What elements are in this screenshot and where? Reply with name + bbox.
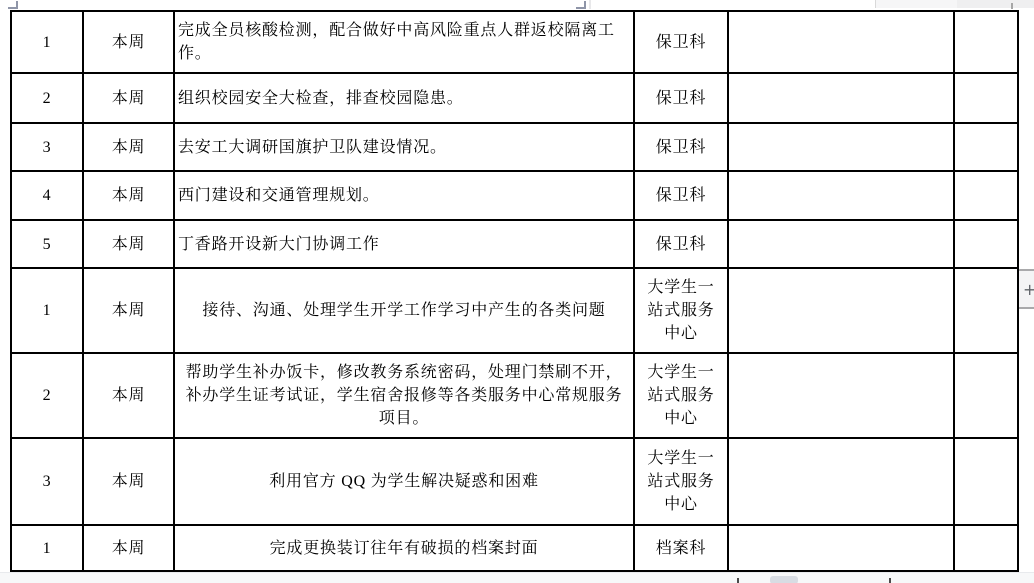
empty-cell[interactable] <box>954 171 1018 220</box>
top-scrollbar-fragment <box>875 0 959 8</box>
top-tick-mark <box>1011 3 1013 9</box>
empty-cell[interactable] <box>954 353 1018 438</box>
empty-cell[interactable] <box>728 268 954 353</box>
work-plan-table-container: 1本周完成全员核酸检测，配合做好中高风险重点人群返校隔离工作。保卫科2本周组织校… <box>10 10 1019 572</box>
task-cell[interactable]: 接待、沟通、处理学生开学工作学习中产生的各类问题 <box>174 268 634 353</box>
period-cell[interactable]: 本周 <box>83 525 174 571</box>
bottom-tick-mark <box>737 578 739 583</box>
department-cell[interactable]: 大学生一站式服务中心 <box>634 353 728 438</box>
task-cell[interactable]: 丁香路开设新大门协调工作 <box>174 220 634 268</box>
task-cell[interactable]: 利用官方 QQ 为学生解决疑惑和困难 <box>174 438 634 525</box>
serial-cell[interactable]: 2 <box>11 353 83 438</box>
plus-button[interactable]: + <box>1019 269 1034 309</box>
serial-cell[interactable]: 4 <box>11 171 83 220</box>
department-cell[interactable]: 保卫科 <box>634 171 728 220</box>
top-scrollbar-fragment <box>957 0 1034 8</box>
empty-cell[interactable] <box>954 525 1018 571</box>
task-cell[interactable]: 去安工大调研国旗护卫队建设情况。 <box>174 123 634 171</box>
period-cell[interactable]: 本周 <box>83 11 174 73</box>
empty-cell[interactable] <box>954 73 1018 123</box>
empty-cell[interactable] <box>728 353 954 438</box>
serial-cell[interactable]: 5 <box>11 220 83 268</box>
table-row: 1本周完成更换装订往年有破损的档案封面档案科 <box>11 525 1018 571</box>
serial-cell[interactable]: 3 <box>11 438 83 525</box>
period-cell[interactable]: 本周 <box>83 220 174 268</box>
empty-cell[interactable] <box>954 438 1018 525</box>
document-page: { "table": { "rows": [ {"serial":"1","pe… <box>0 0 1034 583</box>
table-row: 2本周组织校园安全大检查，排查校园隐患。保卫科 <box>11 73 1018 123</box>
table-row: 1本周接待、沟通、处理学生开学工作学习中产生的各类问题大学生一站式服务中心 <box>11 268 1018 353</box>
faint-divider <box>589 0 591 9</box>
table-row: 2本周帮助学生补办饭卡，修改教务系统密码，处理门禁刷不开，补办学生证考试证，学生… <box>11 353 1018 438</box>
bottom-tick-mark <box>889 578 891 583</box>
table-row: 1本周完成全员核酸检测，配合做好中高风险重点人群返校隔离工作。保卫科 <box>11 11 1018 73</box>
serial-cell[interactable]: 1 <box>11 11 83 73</box>
serial-cell[interactable]: 1 <box>11 268 83 353</box>
period-cell[interactable]: 本周 <box>83 268 174 353</box>
department-cell[interactable]: 保卫科 <box>634 123 728 171</box>
empty-cell[interactable] <box>728 123 954 171</box>
empty-cell[interactable] <box>728 525 954 571</box>
period-cell[interactable]: 本周 <box>83 73 174 123</box>
task-cell[interactable]: 完成全员核酸检测，配合做好中高风险重点人群返校隔离工作。 <box>174 11 634 73</box>
bottom-edge-strip <box>0 572 1034 583</box>
empty-cell[interactable] <box>728 73 954 123</box>
department-cell[interactable]: 保卫科 <box>634 73 728 123</box>
department-cell[interactable]: 保卫科 <box>634 11 728 73</box>
empty-cell[interactable] <box>954 123 1018 171</box>
table-row: 3本周利用官方 QQ 为学生解决疑惑和困难大学生一站式服务中心 <box>11 438 1018 525</box>
empty-cell[interactable] <box>728 11 954 73</box>
serial-cell[interactable]: 3 <box>11 123 83 171</box>
empty-cell[interactable] <box>954 268 1018 353</box>
task-cell[interactable]: 西门建设和交通管理规划。 <box>174 171 634 220</box>
plus-icon: + <box>1023 280 1034 299</box>
task-cell[interactable]: 帮助学生补办饭卡，修改教务系统密码，处理门禁刷不开，补办学生证考试证，学生宿舍报… <box>174 353 634 438</box>
department-cell[interactable]: 保卫科 <box>634 220 728 268</box>
department-cell[interactable]: 大学生一站式服务中心 <box>634 438 728 525</box>
table-row: 4本周西门建设和交通管理规划。保卫科 <box>11 171 1018 220</box>
table-row: 5本周丁香路开设新大门协调工作保卫科 <box>11 220 1018 268</box>
empty-cell[interactable] <box>728 438 954 525</box>
empty-cell[interactable] <box>954 11 1018 73</box>
scrollbar-thumb[interactable] <box>770 576 798 583</box>
task-cell[interactable]: 完成更换装订往年有破损的档案封面 <box>174 525 634 571</box>
period-cell[interactable]: 本周 <box>83 123 174 171</box>
empty-cell[interactable] <box>954 220 1018 268</box>
table-row: 3本周去安工大调研国旗护卫队建设情况。保卫科 <box>11 123 1018 171</box>
text-boundary-corner-mark <box>576 1 586 9</box>
empty-cell[interactable] <box>728 171 954 220</box>
text-boundary-corner-mark <box>8 1 18 9</box>
work-plan-table: 1本周完成全员核酸检测，配合做好中高风险重点人群返校隔离工作。保卫科2本周组织校… <box>10 10 1019 572</box>
empty-cell[interactable] <box>728 220 954 268</box>
serial-cell[interactable]: 2 <box>11 73 83 123</box>
period-cell[interactable]: 本周 <box>83 353 174 438</box>
department-cell[interactable]: 大学生一站式服务中心 <box>634 268 728 353</box>
period-cell[interactable]: 本周 <box>83 171 174 220</box>
period-cell[interactable]: 本周 <box>83 438 174 525</box>
department-cell[interactable]: 档案科 <box>634 525 728 571</box>
top-edge-strip <box>0 0 1034 9</box>
serial-cell[interactable]: 1 <box>11 525 83 571</box>
task-cell[interactable]: 组织校园安全大检查，排查校园隐患。 <box>174 73 634 123</box>
